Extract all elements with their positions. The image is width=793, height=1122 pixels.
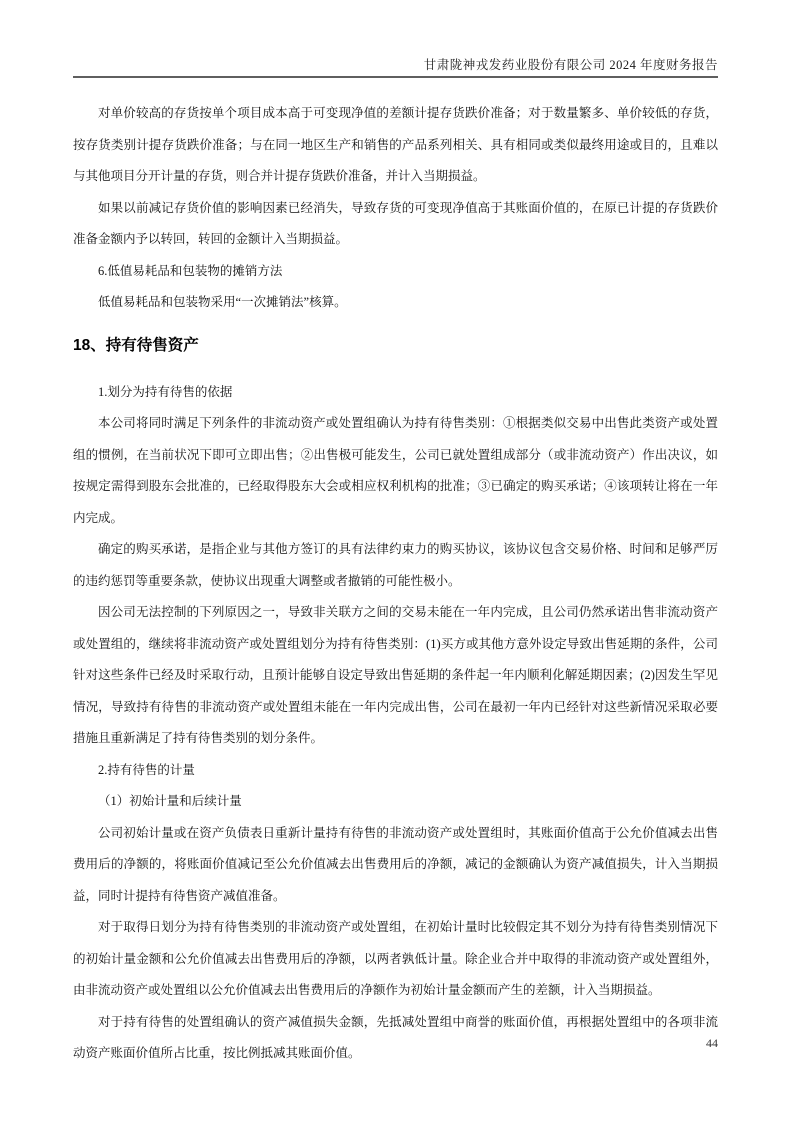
- page-header: 甘肃陇神戎发药业股份有限公司 2024 年度财务报告: [73, 0, 718, 78]
- section-heading: 18、持有待售资产: [73, 331, 718, 361]
- paragraph: 因公司无法控制的下列原因之一，导致非关联方之间的交易未能在一年内完成，且公司仍然…: [73, 597, 718, 755]
- paragraph: 低值易耗品和包装物采用“一次摊销法”核算。: [73, 287, 718, 319]
- document-body: 对单价较高的存货按单个项目成本高于可变现净值的差额计提存货跌价准备；对于数量繁多…: [73, 98, 718, 1070]
- header-title: 甘肃陇神戎发药业股份有限公司 2024 年度财务报告: [424, 58, 718, 72]
- paragraph: （1）初始计量和后续计量: [73, 786, 718, 818]
- paragraph: 6.低值易耗品和包装物的摊销方法: [73, 256, 718, 288]
- paragraph: 对于取得日划分为持有待售类别的非流动资产或处置组，在初始计量时比较假定其不划分为…: [73, 912, 718, 1007]
- paragraph: 对单价较高的存货按单个项目成本高于可变现净值的差额计提存货跌价准备；对于数量繁多…: [73, 98, 718, 193]
- paragraph: 公司初始计量或在资产负债表日重新计量持有待售的非流动资产或处置组时，其账面价值高…: [73, 818, 718, 913]
- page-footer: 44: [706, 1036, 718, 1051]
- paragraph: 确定的购买承诺，是指企业与其他方签订的具有法律约束力的购买协议，该协议包含交易价…: [73, 534, 718, 597]
- paragraph: 1.划分为持有待售的依据: [73, 377, 718, 409]
- page-number: 44: [706, 1036, 718, 1050]
- paragraph: 2.持有待售的计量: [73, 755, 718, 787]
- paragraph: 对于持有待售的处置组确认的资产减值损失金额，先抵减处置组中商誉的账面价值，再根据…: [73, 1007, 718, 1070]
- paragraph: 本公司将同时满足下列条件的非流动资产或处置组确认为持有待售类别：①根据类似交易中…: [73, 408, 718, 534]
- document-page: 甘肃陇神戎发药业股份有限公司 2024 年度财务报告 对单价较高的存货按单个项目…: [0, 0, 793, 1122]
- paragraph: 如果以前减记存货价值的影响因素已经消失，导致存货的可变现净值高于其账面价值的，在…: [73, 193, 718, 256]
